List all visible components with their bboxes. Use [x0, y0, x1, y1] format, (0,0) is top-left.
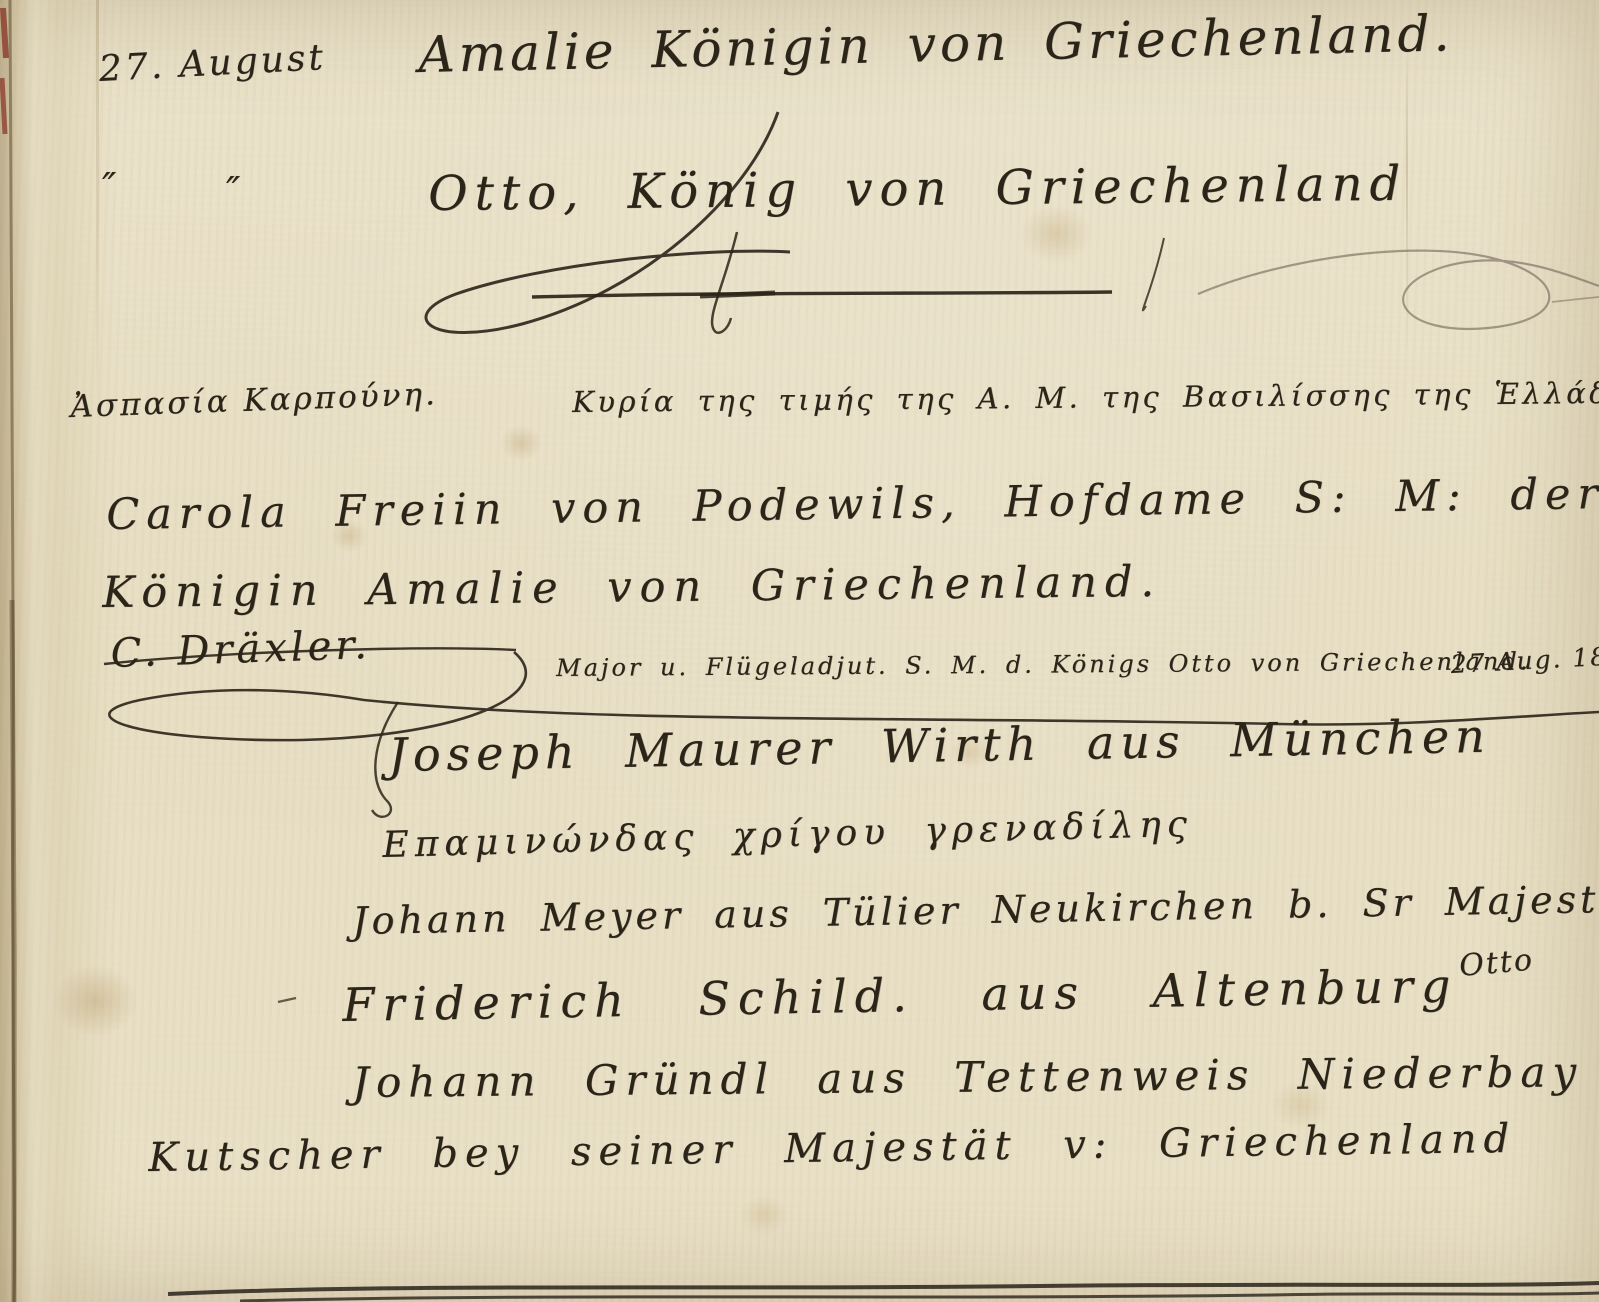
ditto-mark: ″ [226, 172, 240, 210]
entry-friderich-schild: Friderich Schild. aus Altenburg [342, 963, 1459, 1028]
bottom-rule-lower [240, 1293, 1599, 1301]
foxing-stain [500, 425, 542, 461]
note-otto-margin: Otto [1458, 945, 1535, 981]
manuscript-page: 27. August Amalie Königin von Griechenla… [0, 0, 1599, 1302]
entry-johann-gruendl: Johann Gründl aus Tettenweis Niederbay [352, 1051, 1583, 1104]
foxing-stain [740, 1195, 788, 1235]
signature-draexler: C. Dräxler. [110, 625, 371, 674]
pencil-scribble [1198, 251, 1599, 329]
entry-carola-line1: Carola Freiin von Podewils, Hofdame S: M… [106, 473, 1599, 537]
entry-date-amalie: 27. August [98, 40, 327, 88]
signature-otto: Otto, König von Griechenland [428, 160, 1407, 218]
ditto-mark: ″ [102, 168, 116, 206]
entry-johann-meyer: Johann Meyer aus Tülier Neukirchen b. Sr… [352, 879, 1599, 940]
entry-carola-line2: Königin Amalie von Griechenland. [102, 561, 1162, 615]
separator-rule [532, 292, 1112, 297]
greek-title-aspasia: Κυρία της τιμής της Α. Μ. της Βασιλίσσης… [572, 378, 1599, 417]
role-draexler: Major u. Flügeladjut. S. M. d. Königs Ot… [556, 649, 1530, 680]
margin-dash [278, 998, 296, 1002]
date-draexler: 27 Aug. 186 [1450, 643, 1599, 677]
entry-joseph-maurer: Joseph Maurer Wirth aus München [388, 713, 1491, 778]
otto-signature-flourish-2 [1143, 238, 1164, 310]
otto-signature-flourish [712, 232, 737, 333]
separator-rule-thick [700, 293, 775, 296]
bottom-rule-upper [168, 1283, 1599, 1294]
entry-epaminondas: Επαμινώνδας χρίγου γρεναδίλης [382, 807, 1193, 864]
signature-amalie: Amalie Königin von Griechenland. [418, 8, 1454, 80]
amalie-signature-flourish [426, 112, 790, 333]
entry-kutscher: Kutscher bey seiner Majestät v: Griechen… [148, 1119, 1516, 1178]
greek-name-aspasia: Ἀσπασία Καρπούνη. [70, 379, 438, 423]
book-gutter-shading [0, 0, 110, 1302]
pencil-scribble-tail [1552, 297, 1599, 302]
